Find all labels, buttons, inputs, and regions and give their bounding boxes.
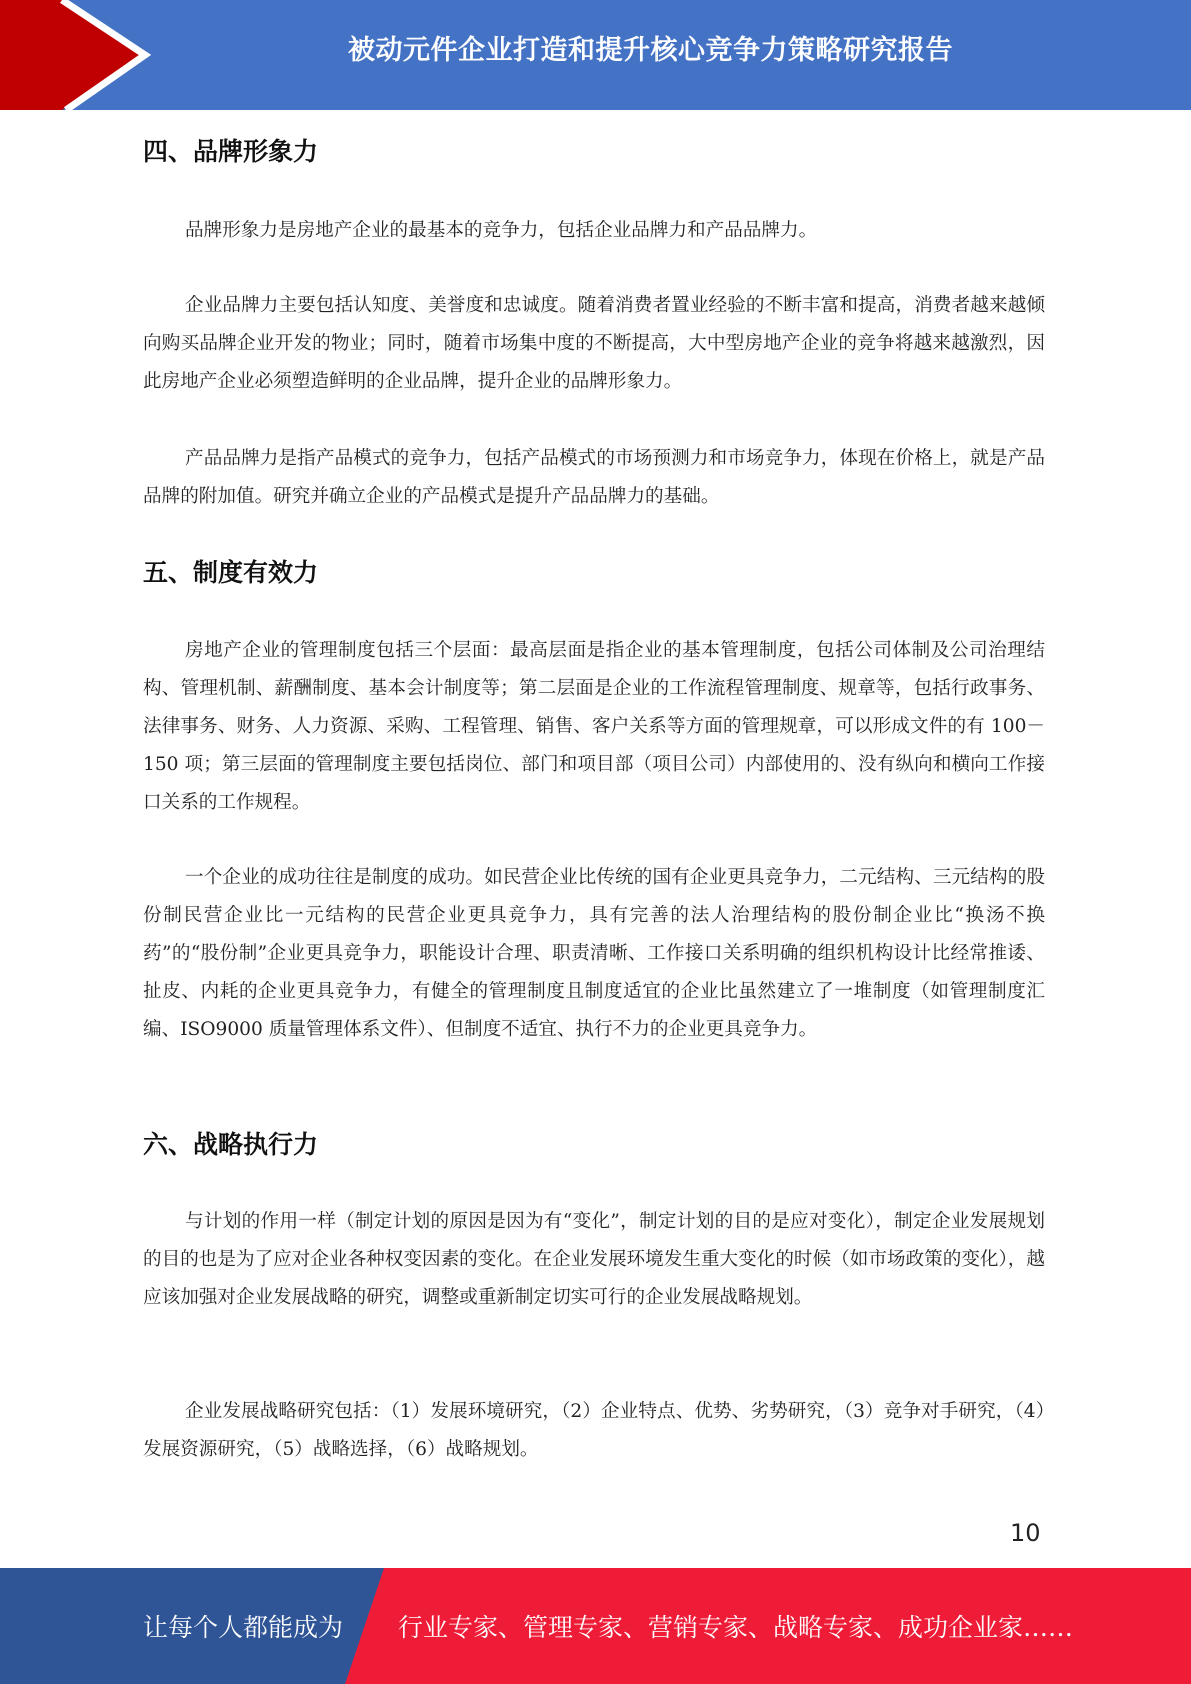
footer-slogan-left: 让每个人都能成为: [143, 1608, 343, 1644]
document-title: 被动元件企业打造和提升核心竞争力策略研究报告: [190, 28, 1191, 67]
section-heading-strategy: 六、战略执行力: [143, 1125, 318, 1161]
footer-slogan-right: 行业专家、管理专家、营销专家、战略专家、成功企业家……: [398, 1608, 1073, 1644]
page-header: 被动元件企业打造和提升核心竞争力策略研究报告: [0, 0, 1191, 110]
paragraph: 与计划的作用一样（制定计划的原因是因为有“变化”，制定计划的目的是应对变化），制…: [143, 1203, 1045, 1317]
paragraph: 房地产企业的管理制度包括三个层面：最高层面是指企业的基本管理制度，包括公司体制及…: [143, 632, 1045, 822]
page-footer: 让每个人都能成为 行业专家、管理专家、营销专家、战略专家、成功企业家……: [0, 1568, 1191, 1684]
paragraph: 企业发展战略研究包括：（1）发展环境研究，（2）企业特点、优势、劣势研究，（3）…: [143, 1393, 1045, 1469]
paragraph: 一个企业的成功往往是制度的成功。如民营企业比传统的国有企业更具竞争力，二元结构、…: [143, 859, 1045, 1049]
section-heading-brand: 四、品牌形象力: [143, 132, 318, 168]
paragraph: 产品品牌力是指产品模式的竞争力，包括产品模式的市场预测力和市场竞争力，体现在价格…: [143, 440, 1045, 516]
paragraph: 品牌形象力是房地产企业的最基本的竞争力，包括企业品牌力和产品品牌力。: [143, 212, 1045, 250]
page-number: 10: [1010, 1519, 1041, 1547]
section-heading-system: 五、制度有效力: [143, 553, 318, 589]
paragraph: 企业品牌力主要包括认知度、美誉度和忠诚度。随着消费者置业经验的不断丰富和提高，消…: [143, 287, 1045, 401]
chevron-decoration-icon: [0, 0, 160, 110]
